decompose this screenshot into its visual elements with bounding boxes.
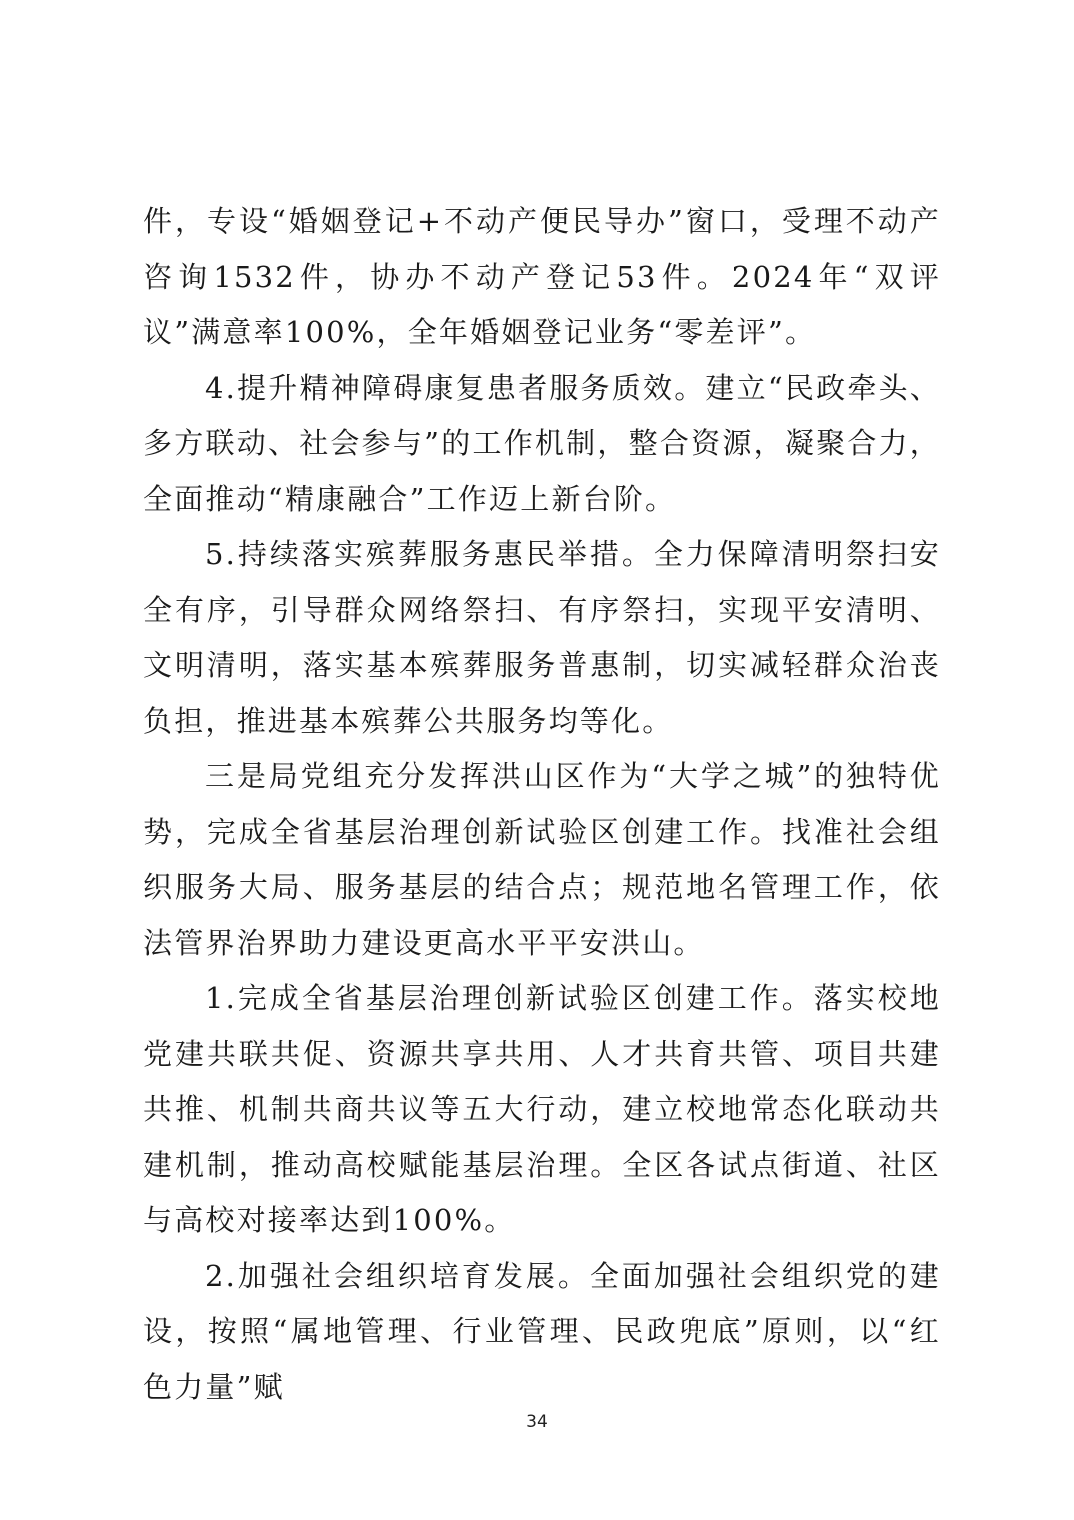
paragraph-item-2-social-organizations: 2.加强社会组织培育发展。全面加强社会组织党的建设，按照“属地管理、行业管理、民… (143, 1249, 941, 1416)
document-body: 件，专设“婚姻登记+不动产便民导办”窗口，受理不动产咨询1532件，协办不动产登… (143, 194, 941, 1415)
paragraph-section-3-university-city: 三是局党组充分发挥洪山区作为“大学之城”的独特优势，完成全省基层治理创新试验区创… (143, 749, 941, 971)
paragraph-item-5-funeral-services: 5.持续落实殡葬服务惠民举措。全力保障清明祭扫安全有序，引导群众网络祭扫、有序祭… (143, 527, 941, 749)
page-number: 34 (0, 1412, 1074, 1432)
paragraph-continuation: 件，专设“婚姻登记+不动产便民导办”窗口，受理不动产咨询1532件，协办不动产登… (143, 194, 941, 361)
paragraph-item-4-mental-health-services: 4.提升精神障碍康复患者服务质效。建立“民政牵头、多方联动、社会参与”的工作机制… (143, 361, 941, 528)
paragraph-item-1-governance-pilot: 1.完成全省基层治理创新试验区创建工作。落实校地党建共联共促、资源共享共用、人才… (143, 971, 941, 1249)
